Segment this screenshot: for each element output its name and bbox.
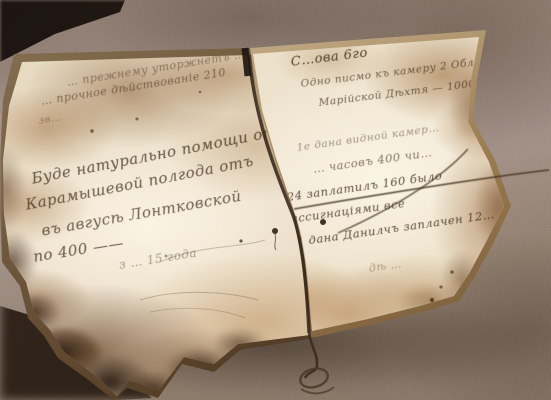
manuscript-photo: … прежнему уторжнетъ … … прочное дѣйство…: [0, 0, 551, 400]
